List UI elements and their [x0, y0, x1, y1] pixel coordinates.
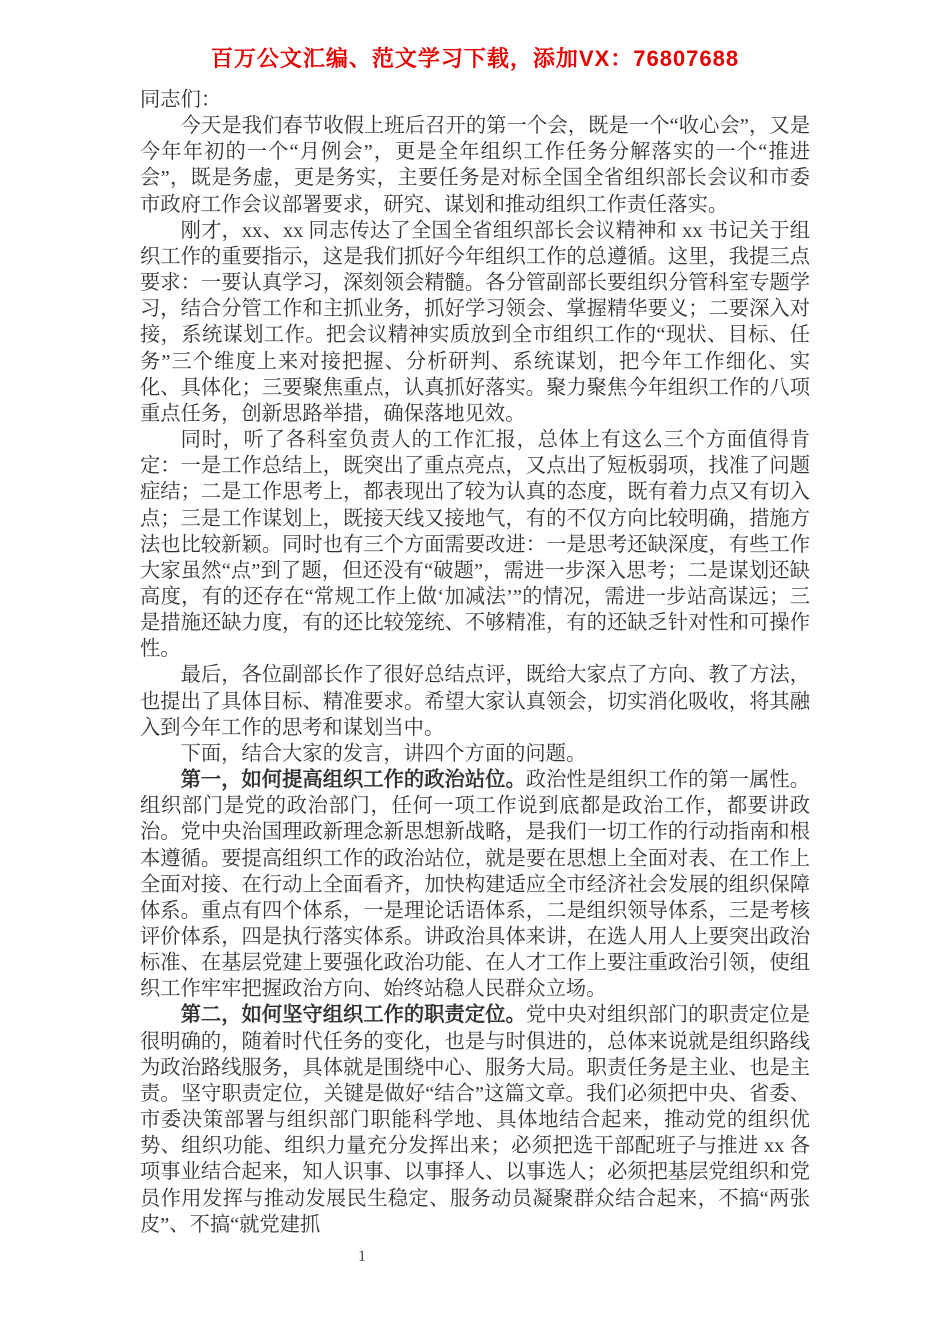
paragraph-7-text: 党中央对组织部门的职责定位是很明确的，随着时代任务的变化，也是与时俱进的，总体来… — [140, 1004, 810, 1235]
paragraph-2: 刚才，xx、xx 同志传达了全国全省组织部长会议精神和 xx 书记关于组织工作的… — [140, 218, 810, 427]
document-body: 同志们： 今天是我们春节收假上班后召开的第一个会，既是一个“收心会”，又是今年年… — [140, 87, 810, 1238]
paragraph-3: 同时，听了各科室负责人的工作汇报，总体上有这么三个方面值得肯定：一是工作总结上，… — [140, 427, 810, 662]
paragraph-5: 下面，结合大家的发言，讲四个方面的问题。 — [140, 741, 810, 767]
paragraph-7: 第二，如何坚守组织工作的职责定位。党中央对组织部门的职责定位是很明确的，随着时代… — [140, 1002, 810, 1237]
paragraph-5-text: 下面，结合大家的发言，讲四个方面的问题。 — [181, 743, 587, 765]
paragraph-2-text: 刚才，xx、xx 同志传达了全国全省组织部长会议精神和 xx 书记关于组织工作的… — [140, 220, 810, 425]
paragraph-4: 最后，各位副部长作了很好总结点评，既给大家点了方向、教了方法，也提出了具体目标、… — [140, 662, 810, 740]
paragraph-7-lead: 第二，如何坚守组织工作的职责定位。 — [181, 1004, 526, 1026]
paragraph-1-text: 今天是我们春节收假上班后召开的第一个会，既是一个“收心会”，又是今年年初的一个“… — [140, 115, 810, 215]
promo-header-text: 百万公文汇编、范文学习下载，添加VX：76807688 — [0, 42, 950, 73]
paragraph-6: 第一，如何提高组织工作的政治站位。政治性是组织工作的第一属性。组织部门是党的政治… — [140, 767, 810, 1002]
paragraph-4-text: 最后，各位副部长作了很好总结点评，既给大家点了方向、教了方法，也提出了具体目标、… — [140, 664, 810, 738]
paragraph-6-lead: 第一，如何提高组织工作的政治站位。 — [181, 769, 526, 791]
paragraph-1: 今天是我们春节收假上班后召开的第一个会，既是一个“收心会”，又是今年年初的一个“… — [140, 113, 810, 218]
document-page: 百万公文汇编、范文学习下载，添加VX：76807688 同志们： 今天是我们春节… — [0, 0, 950, 1344]
paragraph-6-text: 政治性是组织工作的第一属性。组织部门是党的政治部门，任何一项工作说到底都是政治工… — [140, 769, 810, 1000]
page-number: 1 — [340, 1248, 384, 1266]
paragraph-3-text: 同时，听了各科室负责人的工作汇报，总体上有这么三个方面值得肯定：一是工作总结上，… — [140, 429, 810, 660]
salutation: 同志们： — [140, 87, 810, 113]
